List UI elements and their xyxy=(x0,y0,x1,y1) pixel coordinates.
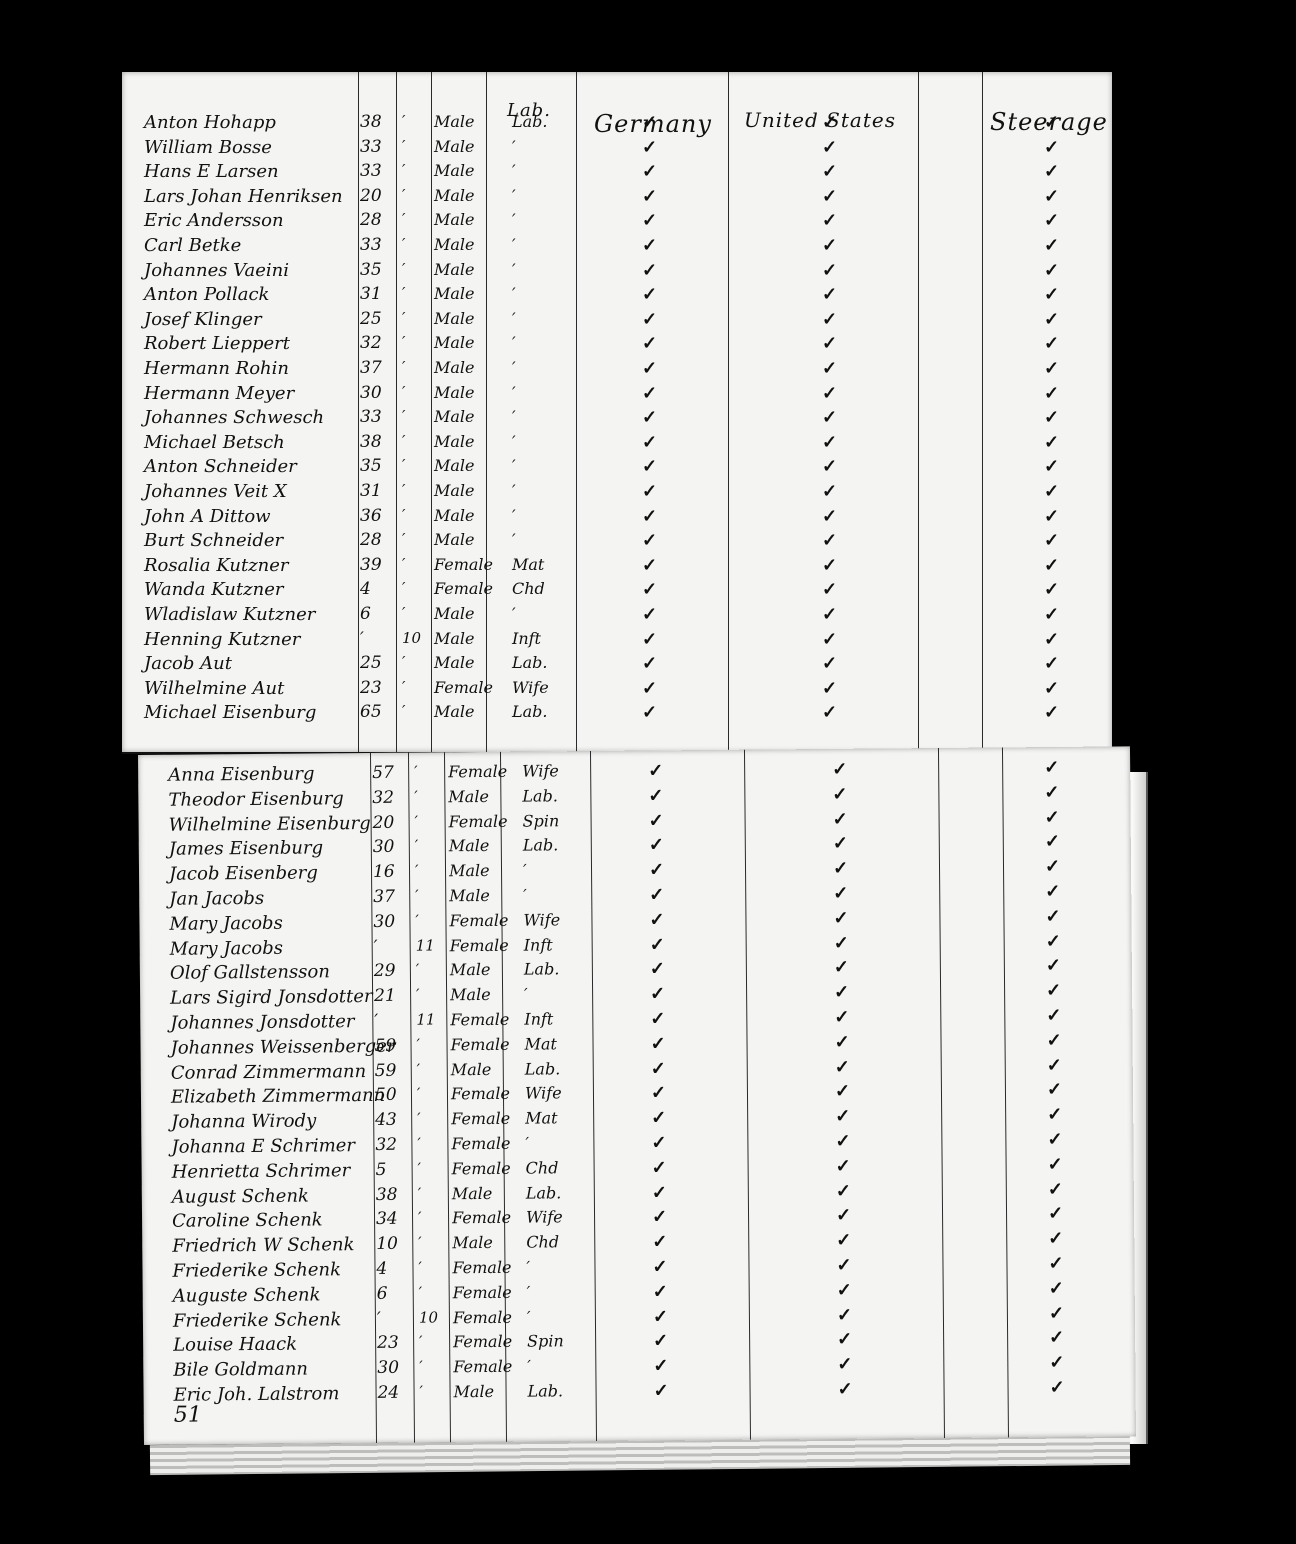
accommodation-mark: ✓ xyxy=(1044,702,1059,723)
occupation: ′ xyxy=(512,604,516,623)
destination-mark: ✓ xyxy=(822,702,837,723)
age-months: ′ xyxy=(417,1060,421,1078)
occupation: Lab. xyxy=(512,702,548,721)
age-months: ′ xyxy=(418,1159,422,1177)
age-months: ′ xyxy=(402,112,405,130)
destination-mark: ✓ xyxy=(833,858,848,879)
passenger-name: Wilhelmine Eisenburg xyxy=(169,813,371,836)
age-years: 32 xyxy=(360,333,382,353)
destination-mark: ✓ xyxy=(837,1280,852,1301)
sex: Female xyxy=(434,555,493,574)
destination-mark: ✓ xyxy=(822,506,837,527)
sex: Male xyxy=(434,235,475,254)
age-months: ′ xyxy=(402,186,405,204)
country-from-mark: ✓ xyxy=(642,161,657,182)
occupation: ′ xyxy=(512,186,516,205)
destination-mark: ✓ xyxy=(837,1379,852,1400)
age-years: ′ xyxy=(377,1308,381,1328)
country-from-mark: ✓ xyxy=(650,984,665,1005)
occupation: Lab. xyxy=(512,112,548,131)
destination-mark: ✓ xyxy=(833,908,848,929)
passenger-row: Michael Eisenburg65′MaleLab.✓✓✓ xyxy=(122,702,1112,726)
occupation: Spin xyxy=(527,1332,564,1351)
country-from-mark: ✓ xyxy=(642,678,657,699)
sex: Female xyxy=(450,1035,509,1055)
country-from-mark: ✓ xyxy=(653,1356,668,1377)
country-from-mark: ✓ xyxy=(649,909,664,930)
age-months: 10 xyxy=(419,1308,438,1326)
occupation: ′ xyxy=(512,407,516,426)
country-from-mark: ✓ xyxy=(653,1331,668,1352)
passenger-row: John A Dittow36′Male′✓✓✓ xyxy=(122,506,1112,530)
sex: Male xyxy=(452,1184,493,1203)
age-years: 20 xyxy=(373,812,395,832)
sex: Male xyxy=(434,186,475,205)
destination-mark: ✓ xyxy=(822,260,837,281)
age-years: 24 xyxy=(377,1383,399,1403)
sex: Male xyxy=(434,653,475,672)
destination-mark: ✓ xyxy=(822,456,837,477)
sex: Female xyxy=(453,1283,512,1303)
passenger-name: Anna Eisenburg xyxy=(168,763,314,785)
passenger-name: Hermann Meyer xyxy=(144,383,294,404)
age-months: ′ xyxy=(402,333,405,351)
destination-mark: ✓ xyxy=(835,1106,850,1127)
occupation: Chd xyxy=(512,579,545,598)
country-from-mark: ✓ xyxy=(642,186,657,207)
passenger-name: Michael Eisenburg xyxy=(144,702,316,723)
sex: Female xyxy=(449,811,508,831)
age-months: ′ xyxy=(402,284,405,302)
passenger-name: Josef Klinger xyxy=(144,309,262,330)
country-from-mark: ✓ xyxy=(642,210,657,231)
passenger-row: Johannes Veit X31′Male′✓✓✓ xyxy=(122,481,1112,505)
age-years: 10 xyxy=(376,1234,398,1254)
sex: Female xyxy=(452,1159,511,1179)
age-years: 38 xyxy=(376,1184,398,1204)
sex: Male xyxy=(434,432,475,451)
occupation: Wife xyxy=(522,761,559,780)
age-years: 23 xyxy=(377,1333,399,1353)
sex: Male xyxy=(434,358,475,377)
age-months: ′ xyxy=(419,1333,423,1351)
passenger-row: Anton Hohapp38′MaleLab.✓✓✓ xyxy=(122,112,1112,136)
passenger-name: August Schenk xyxy=(172,1185,309,1207)
country-from-mark: ✓ xyxy=(642,260,657,281)
accommodation-mark: ✓ xyxy=(1044,358,1059,379)
age-years: 36 xyxy=(360,506,382,526)
age-years: 33 xyxy=(360,235,382,255)
occupation: Wife xyxy=(523,910,560,929)
passenger-name: Eric Andersson xyxy=(144,210,284,231)
destination-mark: ✓ xyxy=(822,432,837,453)
age-years: 30 xyxy=(373,837,395,857)
passenger-row: Hans E Larsen33′Male′✓✓✓ xyxy=(122,161,1112,185)
age-years: 4 xyxy=(360,579,371,599)
age-years: 23 xyxy=(360,678,382,698)
passenger-name: William Bosse xyxy=(144,137,272,158)
occupation: ′ xyxy=(512,456,516,475)
passenger-row: Anton Schneider35′Male′✓✓✓ xyxy=(122,456,1112,480)
sex: Male xyxy=(452,1233,493,1252)
passenger-row: William Bosse33′Male′✓✓✓ xyxy=(122,137,1112,161)
passenger-name: Theodor Eisenburg xyxy=(168,788,344,811)
accommodation-mark: ✓ xyxy=(1044,284,1059,305)
country-from-mark: ✓ xyxy=(653,1380,668,1401)
country-from-mark: ✓ xyxy=(652,1207,667,1228)
accommodation-mark: ✓ xyxy=(1046,931,1061,952)
occupation: Lab. xyxy=(527,1381,563,1400)
passenger-name: Michael Betsch xyxy=(144,432,285,453)
occupation: ′ xyxy=(523,886,527,905)
occupation: Inft xyxy=(512,629,541,648)
country-from-mark: ✓ xyxy=(642,309,657,330)
age-years: 57 xyxy=(372,763,394,783)
destination-mark: ✓ xyxy=(836,1255,851,1276)
sex: Male xyxy=(434,481,475,500)
accommodation-mark: ✓ xyxy=(1046,1030,1061,1051)
passenger-name: Wanda Kutzner xyxy=(144,579,283,600)
country-from-mark: ✓ xyxy=(650,1033,665,1054)
destination-mark: ✓ xyxy=(822,653,837,674)
sex: Female xyxy=(450,935,509,955)
destination-mark: ✓ xyxy=(835,1056,850,1077)
destination-mark: ✓ xyxy=(822,235,837,256)
sex: Male xyxy=(448,787,489,806)
age-months: ′ xyxy=(414,787,418,805)
country-from-mark: ✓ xyxy=(651,1083,666,1104)
destination-mark: ✓ xyxy=(836,1156,851,1177)
occupation: Lab. xyxy=(526,1183,562,1202)
destination-mark: ✓ xyxy=(837,1329,852,1350)
age-years: 35 xyxy=(360,260,382,280)
passenger-row: Anton Pollack31′Male′✓✓✓ xyxy=(122,284,1112,308)
accommodation-mark: ✓ xyxy=(1047,1055,1062,1076)
age-months: ′ xyxy=(402,604,405,622)
sex: Female xyxy=(453,1307,512,1327)
page-number: 51 xyxy=(174,1402,202,1427)
occupation: ′ xyxy=(512,358,516,377)
sex: Male xyxy=(434,137,475,156)
occupation: ′ xyxy=(527,1282,531,1301)
age-months: ′ xyxy=(402,530,405,548)
destination-mark: ✓ xyxy=(822,210,837,231)
age-years: 6 xyxy=(377,1284,388,1304)
age-months: ′ xyxy=(418,1209,422,1227)
age-months: ′ xyxy=(402,555,405,573)
age-years: 39 xyxy=(360,555,382,575)
destination-mark: ✓ xyxy=(822,358,837,379)
passenger-row: Rosalia Kutzner39′FemaleMat✓✓✓ xyxy=(122,555,1112,579)
passenger-name: Bile Goldmann xyxy=(173,1359,308,1381)
passenger-name: Mary Jacobs xyxy=(169,913,282,935)
occupation: Wife xyxy=(512,678,549,697)
destination-mark: ✓ xyxy=(822,407,837,428)
sex: Female xyxy=(449,911,508,931)
sex: Female xyxy=(451,1109,510,1129)
age-years: 59 xyxy=(375,1060,397,1080)
passenger-name: Friederike Schenk xyxy=(172,1259,341,1281)
destination-mark: ✓ xyxy=(822,284,837,305)
age-years: 31 xyxy=(360,481,382,501)
passenger-row: Robert Lieppert32′Male′✓✓✓ xyxy=(122,333,1112,357)
destination-mark: ✓ xyxy=(837,1354,852,1375)
passenger-name: Mary Jacobs xyxy=(170,937,283,959)
accommodation-mark: ✓ xyxy=(1045,856,1060,877)
age-months: 11 xyxy=(416,936,435,954)
age-years: 5 xyxy=(376,1160,387,1180)
age-months: ′ xyxy=(402,260,405,278)
country-from-mark: ✓ xyxy=(642,112,657,133)
sex: Female xyxy=(453,1332,512,1352)
country-from-mark: ✓ xyxy=(652,1182,667,1203)
age-months: ′ xyxy=(402,161,405,179)
sex: Male xyxy=(450,985,491,1004)
passenger-name: Friederike Schenk xyxy=(173,1309,342,1331)
accommodation-mark: ✓ xyxy=(1044,432,1059,453)
sex: Male xyxy=(449,836,490,855)
country-from-mark: ✓ xyxy=(642,284,657,305)
occupation: Lab. xyxy=(522,786,558,805)
passenger-name: Johanna E Schrimer xyxy=(171,1135,355,1158)
age-months: ′ xyxy=(402,481,405,499)
accommodation-mark: ✓ xyxy=(1044,530,1059,551)
country-from-mark: ✓ xyxy=(649,860,664,881)
accommodation-mark: ✓ xyxy=(1044,112,1059,133)
age-months: ′ xyxy=(402,235,405,253)
age-months: ′ xyxy=(418,1259,422,1277)
age-months: ′ xyxy=(415,862,419,880)
age-months: ′ xyxy=(402,678,405,696)
destination-mark: ✓ xyxy=(834,982,849,1003)
passenger-row: Johannes Vaeini35′Male′✓✓✓ xyxy=(122,260,1112,284)
passenger-row: Michael Betsch38′Male′✓✓✓ xyxy=(122,432,1112,456)
destination-mark: ✓ xyxy=(836,1205,851,1226)
age-years: 6 xyxy=(360,604,371,624)
country-from-mark: ✓ xyxy=(649,884,664,905)
destination-mark: ✓ xyxy=(822,112,837,133)
country-from-mark: ✓ xyxy=(650,934,665,955)
passenger-row: Hermann Rohin37′Male′✓✓✓ xyxy=(122,358,1112,382)
age-months: ′ xyxy=(402,653,405,671)
destination-mark: ✓ xyxy=(833,833,848,854)
age-months: ′ xyxy=(402,210,405,228)
sex: Female xyxy=(452,1208,511,1228)
passenger-row: Wilhelmine Aut23′FemaleWife✓✓✓ xyxy=(122,678,1112,702)
occupation: Mat xyxy=(512,555,544,574)
passenger-name: Henrietta Schrimer xyxy=(172,1160,351,1183)
manifest-page-top: Lab. Germany United States Steerage Anto… xyxy=(122,72,1112,754)
occupation: ′ xyxy=(512,260,516,279)
age-years: 37 xyxy=(360,358,382,378)
destination-mark: ✓ xyxy=(822,186,837,207)
age-years: 37 xyxy=(373,887,395,907)
passenger-name: Henning Kutzner xyxy=(144,629,300,650)
age-years: 29 xyxy=(374,961,396,981)
accommodation-mark: ✓ xyxy=(1045,831,1060,852)
passenger-row: Wanda Kutzner4′FemaleChd✓✓✓ xyxy=(122,579,1112,603)
accommodation-mark: ✓ xyxy=(1049,1278,1064,1299)
passenger-name: Caroline Schenk xyxy=(172,1210,323,1232)
occupation: ′ xyxy=(523,861,527,880)
passenger-row: Wladislaw Kutzner6′Male′✓✓✓ xyxy=(122,604,1112,628)
age-months: ′ xyxy=(418,1184,422,1202)
age-months: 11 xyxy=(416,1010,435,1028)
sex: Male xyxy=(434,260,475,279)
passenger-row: Henning Kutzner′10MaleInft✓✓✓ xyxy=(122,629,1112,653)
age-years: 33 xyxy=(360,407,382,427)
country-from-mark: ✓ xyxy=(642,432,657,453)
occupation: Lab. xyxy=(512,653,548,672)
occupation: ′ xyxy=(512,383,516,402)
age-months: ′ xyxy=(417,1110,421,1128)
passenger-name: Robert Lieppert xyxy=(144,333,290,354)
destination-mark: ✓ xyxy=(836,1230,851,1251)
sex: Female xyxy=(451,1084,510,1104)
sex: Male xyxy=(434,210,475,229)
accommodation-mark: ✓ xyxy=(1049,1303,1064,1324)
occupation: ′ xyxy=(512,235,516,254)
age-years: 33 xyxy=(360,161,382,181)
occupation: ′ xyxy=(527,1307,531,1326)
sex: Male xyxy=(434,629,475,648)
age-years: 38 xyxy=(360,112,382,132)
occupation: ′ xyxy=(512,506,516,525)
accommodation-mark: ✓ xyxy=(1047,1104,1062,1125)
destination-mark: ✓ xyxy=(822,137,837,158)
country-from-mark: ✓ xyxy=(642,530,657,551)
age-months: ′ xyxy=(402,383,405,401)
destination-mark: ✓ xyxy=(835,1081,850,1102)
age-months: ′ xyxy=(418,1234,422,1252)
passenger-name: Hans E Larsen xyxy=(144,161,279,182)
age-months: ′ xyxy=(402,702,405,720)
passenger-name: Anton Schneider xyxy=(144,456,297,477)
sex: Male xyxy=(434,456,475,475)
occupation: Wife xyxy=(526,1208,563,1227)
accommodation-mark: ✓ xyxy=(1047,1079,1062,1100)
passenger-name: Anton Hohapp xyxy=(144,112,276,133)
destination-mark: ✓ xyxy=(836,1180,851,1201)
passenger-name: Hermann Rohin xyxy=(144,358,289,379)
sex: Male xyxy=(434,333,475,352)
age-months: ′ xyxy=(415,837,419,855)
passenger-row: Lars Johan Henriksen20′Male′✓✓✓ xyxy=(122,186,1112,210)
accommodation-mark: ✓ xyxy=(1044,210,1059,231)
sex: Male xyxy=(434,112,475,131)
country-from-mark: ✓ xyxy=(642,358,657,379)
age-months: ′ xyxy=(419,1358,423,1376)
passenger-name: Anton Pollack xyxy=(144,284,269,305)
occupation: Lab. xyxy=(524,960,560,979)
accommodation-mark: ✓ xyxy=(1044,235,1059,256)
accommodation-mark: ✓ xyxy=(1044,506,1059,527)
sex: Female xyxy=(450,1010,509,1030)
age-years: 16 xyxy=(373,862,395,882)
age-years: 30 xyxy=(373,912,395,932)
destination-mark: ✓ xyxy=(822,555,837,576)
passenger-name: Auguste Schenk xyxy=(173,1284,321,1306)
passenger-name: James Eisenburg xyxy=(169,838,323,860)
age-years: 50 xyxy=(375,1085,397,1105)
occupation: Mat xyxy=(525,1109,558,1128)
age-months: ′ xyxy=(414,763,418,781)
occupation: ′ xyxy=(526,1258,530,1277)
sex: Male xyxy=(434,530,475,549)
passenger-name: Rosalia Kutzner xyxy=(144,555,289,576)
age-years: 65 xyxy=(360,702,382,722)
passenger-row: Hermann Meyer30′Male′✓✓✓ xyxy=(122,383,1112,407)
destination-mark: ✓ xyxy=(832,808,847,829)
age-years: 32 xyxy=(375,1135,397,1155)
passenger-name: Lars Johan Henriksen xyxy=(144,186,343,207)
accommodation-mark: ✓ xyxy=(1044,481,1059,502)
sex: Male xyxy=(434,506,475,525)
occupation: ′ xyxy=(512,530,516,549)
age-months: ′ xyxy=(402,456,405,474)
age-months: ′ xyxy=(402,358,405,376)
accommodation-mark: ✓ xyxy=(1044,186,1059,207)
accommodation-mark: ✓ xyxy=(1046,980,1061,1001)
country-from-mark: ✓ xyxy=(649,810,664,831)
accommodation-mark: ✓ xyxy=(1044,757,1059,778)
sex: Male xyxy=(434,161,475,180)
sex: Male xyxy=(434,604,475,623)
accommodation-mark: ✓ xyxy=(1047,1129,1062,1150)
age-years: ′ xyxy=(374,937,378,957)
accommodation-mark: ✓ xyxy=(1044,604,1059,625)
passenger-name: Johannes Schwesch xyxy=(144,407,324,428)
destination-mark: ✓ xyxy=(832,759,847,780)
occupation: Lab. xyxy=(523,836,559,855)
country-from-mark: ✓ xyxy=(651,1058,666,1079)
country-from-mark: ✓ xyxy=(642,407,657,428)
destination-mark: ✓ xyxy=(822,678,837,699)
passenger-name: Jan Jacobs xyxy=(169,888,264,910)
country-from-mark: ✓ xyxy=(642,629,657,650)
sex: Male xyxy=(434,309,475,328)
accommodation-mark: ✓ xyxy=(1044,579,1059,600)
age-years: 4 xyxy=(376,1259,387,1279)
country-from-mark: ✓ xyxy=(651,1108,666,1129)
accommodation-mark: ✓ xyxy=(1044,407,1059,428)
passenger-name: Olof Gallstensson xyxy=(170,962,330,984)
sex: Male xyxy=(434,702,475,721)
occupation: ′ xyxy=(525,1134,529,1153)
age-years: 30 xyxy=(360,383,382,403)
occupation: ′ xyxy=(512,161,516,180)
accommodation-mark: ✓ xyxy=(1045,906,1060,927)
sex: Female xyxy=(452,1258,511,1278)
occupation: ′ xyxy=(524,985,528,1004)
destination-mark: ✓ xyxy=(822,629,837,650)
accommodation-mark: ✓ xyxy=(1044,653,1059,674)
passenger-name: Johannes Vaeini xyxy=(144,260,289,281)
sex: Female xyxy=(453,1357,512,1377)
country-from-mark: ✓ xyxy=(649,835,664,856)
destination-mark: ✓ xyxy=(835,1131,850,1152)
age-months: ′ xyxy=(416,1035,420,1053)
passenger-row: Eric Andersson28′Male′✓✓✓ xyxy=(122,210,1112,234)
destination-mark: ✓ xyxy=(822,161,837,182)
age-years: 28 xyxy=(360,210,382,230)
sex: Female xyxy=(434,579,493,598)
destination-mark: ✓ xyxy=(834,1007,849,1028)
accommodation-mark: ✓ xyxy=(1048,1253,1063,1274)
accommodation-mark: ✓ xyxy=(1046,955,1061,976)
country-from-mark: ✓ xyxy=(642,506,657,527)
destination-mark: ✓ xyxy=(837,1304,852,1325)
